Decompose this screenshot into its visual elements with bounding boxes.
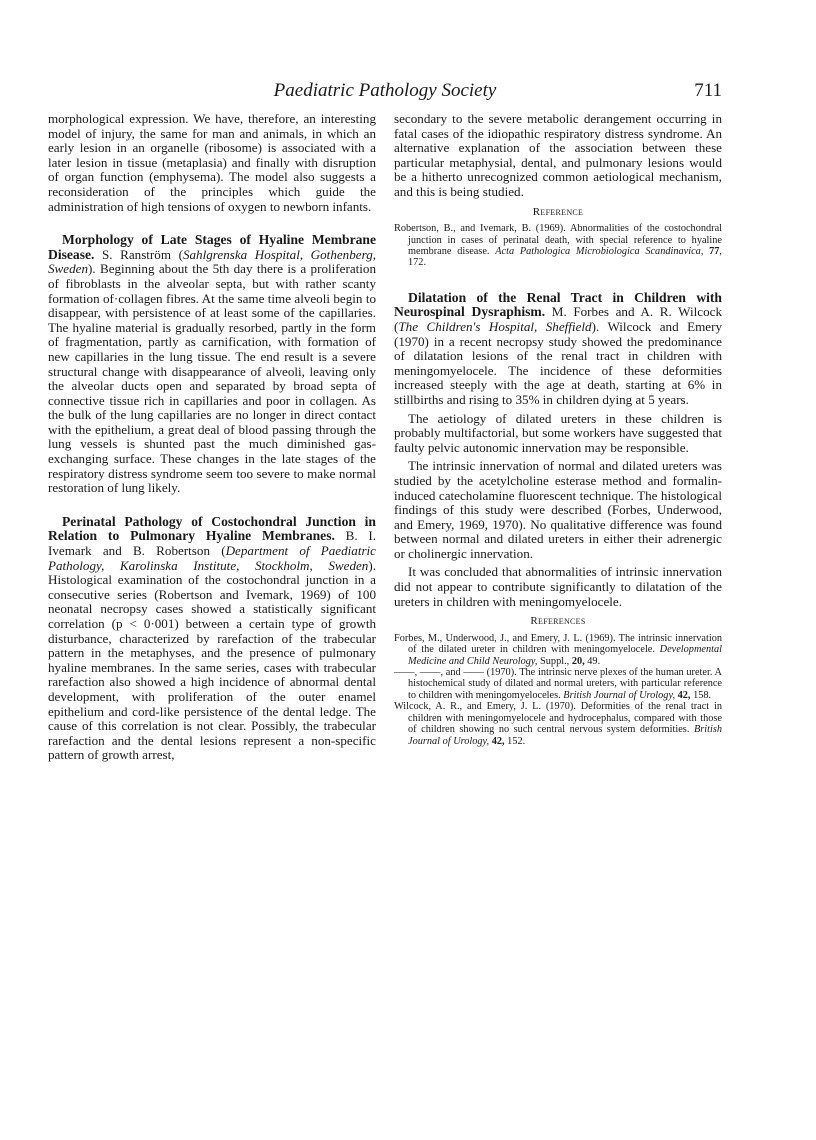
reference-pages: 172. [408,257,426,268]
reference-heading: Reference [394,205,722,220]
abstract-body: Beginning about the 5th day there is a p… [48,261,376,495]
journal-title: Paediatric Pathology Society [48,80,722,102]
abstract-body: Histological examination of the costocho… [48,572,376,762]
reference-entry: Wilcock, A. R., and Emery, J. L. (1970).… [394,701,722,747]
reference-supplement: Suppl., [540,656,569,667]
page-number: 711 [694,80,722,102]
abstract-author: M. Forbes and A. R. Wilcock [552,304,722,319]
reference-volume: 42, [492,736,505,747]
abstract-hyaline-membrane: Morphology of Late Stages of Hyaline Mem… [48,233,376,496]
abstract-affiliation: The Children's Hospital, Sheffield [398,319,591,334]
reference-entry: Robertson, B., and Ivemark, B. (1969). A… [394,223,722,269]
body-paragraph: It was concluded that abnormalities of i… [394,565,722,609]
reference-entry: Forbes, M., Underwood, J., and Emery, J.… [394,633,722,667]
reference-journal: British Journal of Urology, [563,690,675,701]
body-paragraph: The intrinsic innervation of normal and … [394,459,722,561]
reference-pages: 158. [693,690,711,701]
running-head: Paediatric Pathology Society 711 [48,80,722,106]
abstract-author: S. Ranström [102,247,171,262]
continuation-paragraph: secondary to the severe metabolic derang… [394,112,722,200]
reference-journal: Acta Pathologica Microbiologica Scandina… [495,246,701,257]
reference-volume: 77 [709,246,719,257]
body-paragraph: The aetiology of dilated ureters in thes… [394,412,722,456]
reference-volume: 42, [678,690,691,701]
abstract-renal-tract: Dilatation of the Renal Tract in Childre… [394,291,722,408]
reference-pages: 49. [587,656,600,667]
left-column: morphological expression. We have, there… [48,112,376,763]
abstract-costochondral: Perinatal Pathology of Costochondral Jun… [48,515,376,763]
reference-authors: Wilcock, A. R., and Emery, J. L. (1970).… [394,701,722,735]
continuation-paragraph: morphological expression. We have, there… [48,112,376,214]
reference-volume: 20, [572,656,585,667]
reference-entry: ——, ——, and —— (1970). The intrinsic ner… [394,667,722,701]
reference-pages: 152. [507,736,525,747]
references-heading: References [394,614,722,629]
abstract-title: Perinatal Pathology of Costochondral Jun… [48,514,376,544]
right-column: secondary to the severe metabolic derang… [394,112,722,747]
